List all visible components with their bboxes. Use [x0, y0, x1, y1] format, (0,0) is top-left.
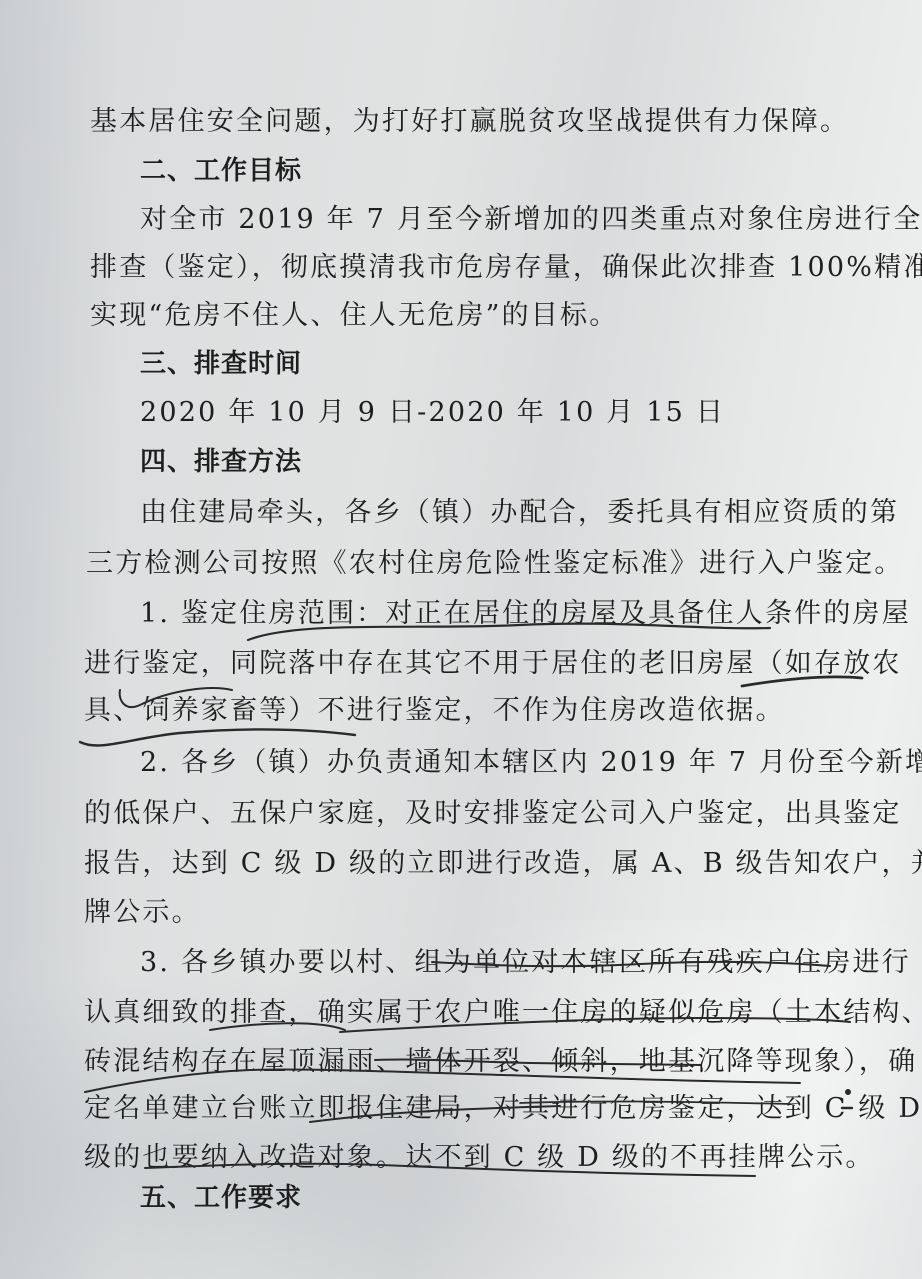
paragraph-line: 由住建局牵头，各乡（镇）办配合，委托具有相应资质的第: [140, 495, 899, 531]
section-heading-method: 四、排查方法: [140, 444, 302, 480]
intro-tail-text: 基本居住安全问题，为打好打赢脱贫攻坚战提供有力保障。: [90, 104, 849, 140]
item-3-line: 认真细致的排查，确实属于农户唯一住房的疑似危房（土木结构、: [84, 995, 922, 1031]
item-1-line: 具、饲养家畜等）不进行鉴定，不作为住房改造依据。: [84, 693, 785, 729]
item-1-line: 1. 鉴定住房范围：对正在居住的房屋及具备住人条件的房屋: [140, 596, 911, 632]
item-1-line: 进行鉴定，同院落中存在其它不用于居住的老旧房屋（如存放农: [84, 646, 902, 682]
item-2-line: 2. 各乡（镇）办负责通知本辖区内 2019 年 7 月份至今新增加: [140, 745, 922, 781]
handwritten-underlines: [0, 0, 922, 1279]
item-2-line: 报告，达到 C 级 D 级的立即进行改造，属 A、B 级告知农户，并挂: [84, 846, 922, 882]
section-heading-goals: 二、工作目标: [140, 153, 302, 189]
item-2-line: 的低保户、五保户家庭，及时安排鉴定公司入户鉴定，出具鉴定: [84, 796, 902, 832]
item-3-line: 3. 各乡镇办要以村、组为单位对本辖区所有残疾户住房进行: [140, 945, 911, 981]
paragraph-line: 实现“危房不住人、住人无危房”的目标。: [90, 298, 618, 334]
paragraph-line: 三方检测公司按照《农村住房危险性鉴定标准》进行入户鉴定。: [86, 546, 904, 582]
item-3-line: 定名单建立台账立即报住建局，对其进行危房鉴定，达到 C 级 D: [84, 1091, 922, 1127]
document-page: 基本居住安全问题，为打好打赢脱贫攻坚战提供有力保障。 二、工作目标 对全市 20…: [0, 0, 922, 1279]
section-heading-requirements: 五、工作要求: [140, 1180, 302, 1216]
paragraph-line: 排查（鉴定），彻底摸清我市危房存量，确保此次排查 100%精准，: [90, 250, 922, 286]
section-heading-schedule: 三、排查时间: [140, 346, 302, 382]
item-2-line: 牌公示。: [84, 895, 201, 931]
schedule-date-range: 2020 年 10 月 9 日-2020 年 10 月 15 日: [140, 395, 725, 431]
item-3-line: 级的也要纳入改造对象。达不到 C 级 D 级的不再挂牌公示。: [84, 1140, 875, 1176]
underline-mark: [80, 729, 355, 745]
paragraph-line: 对全市 2019 年 7 月至今新增加的四类重点对象住房进行全面: [140, 202, 922, 238]
item-3-line: 砖混结构存在屋顶漏雨、墙体开裂、倾斜，地基沉降等现象），确: [84, 1044, 917, 1080]
